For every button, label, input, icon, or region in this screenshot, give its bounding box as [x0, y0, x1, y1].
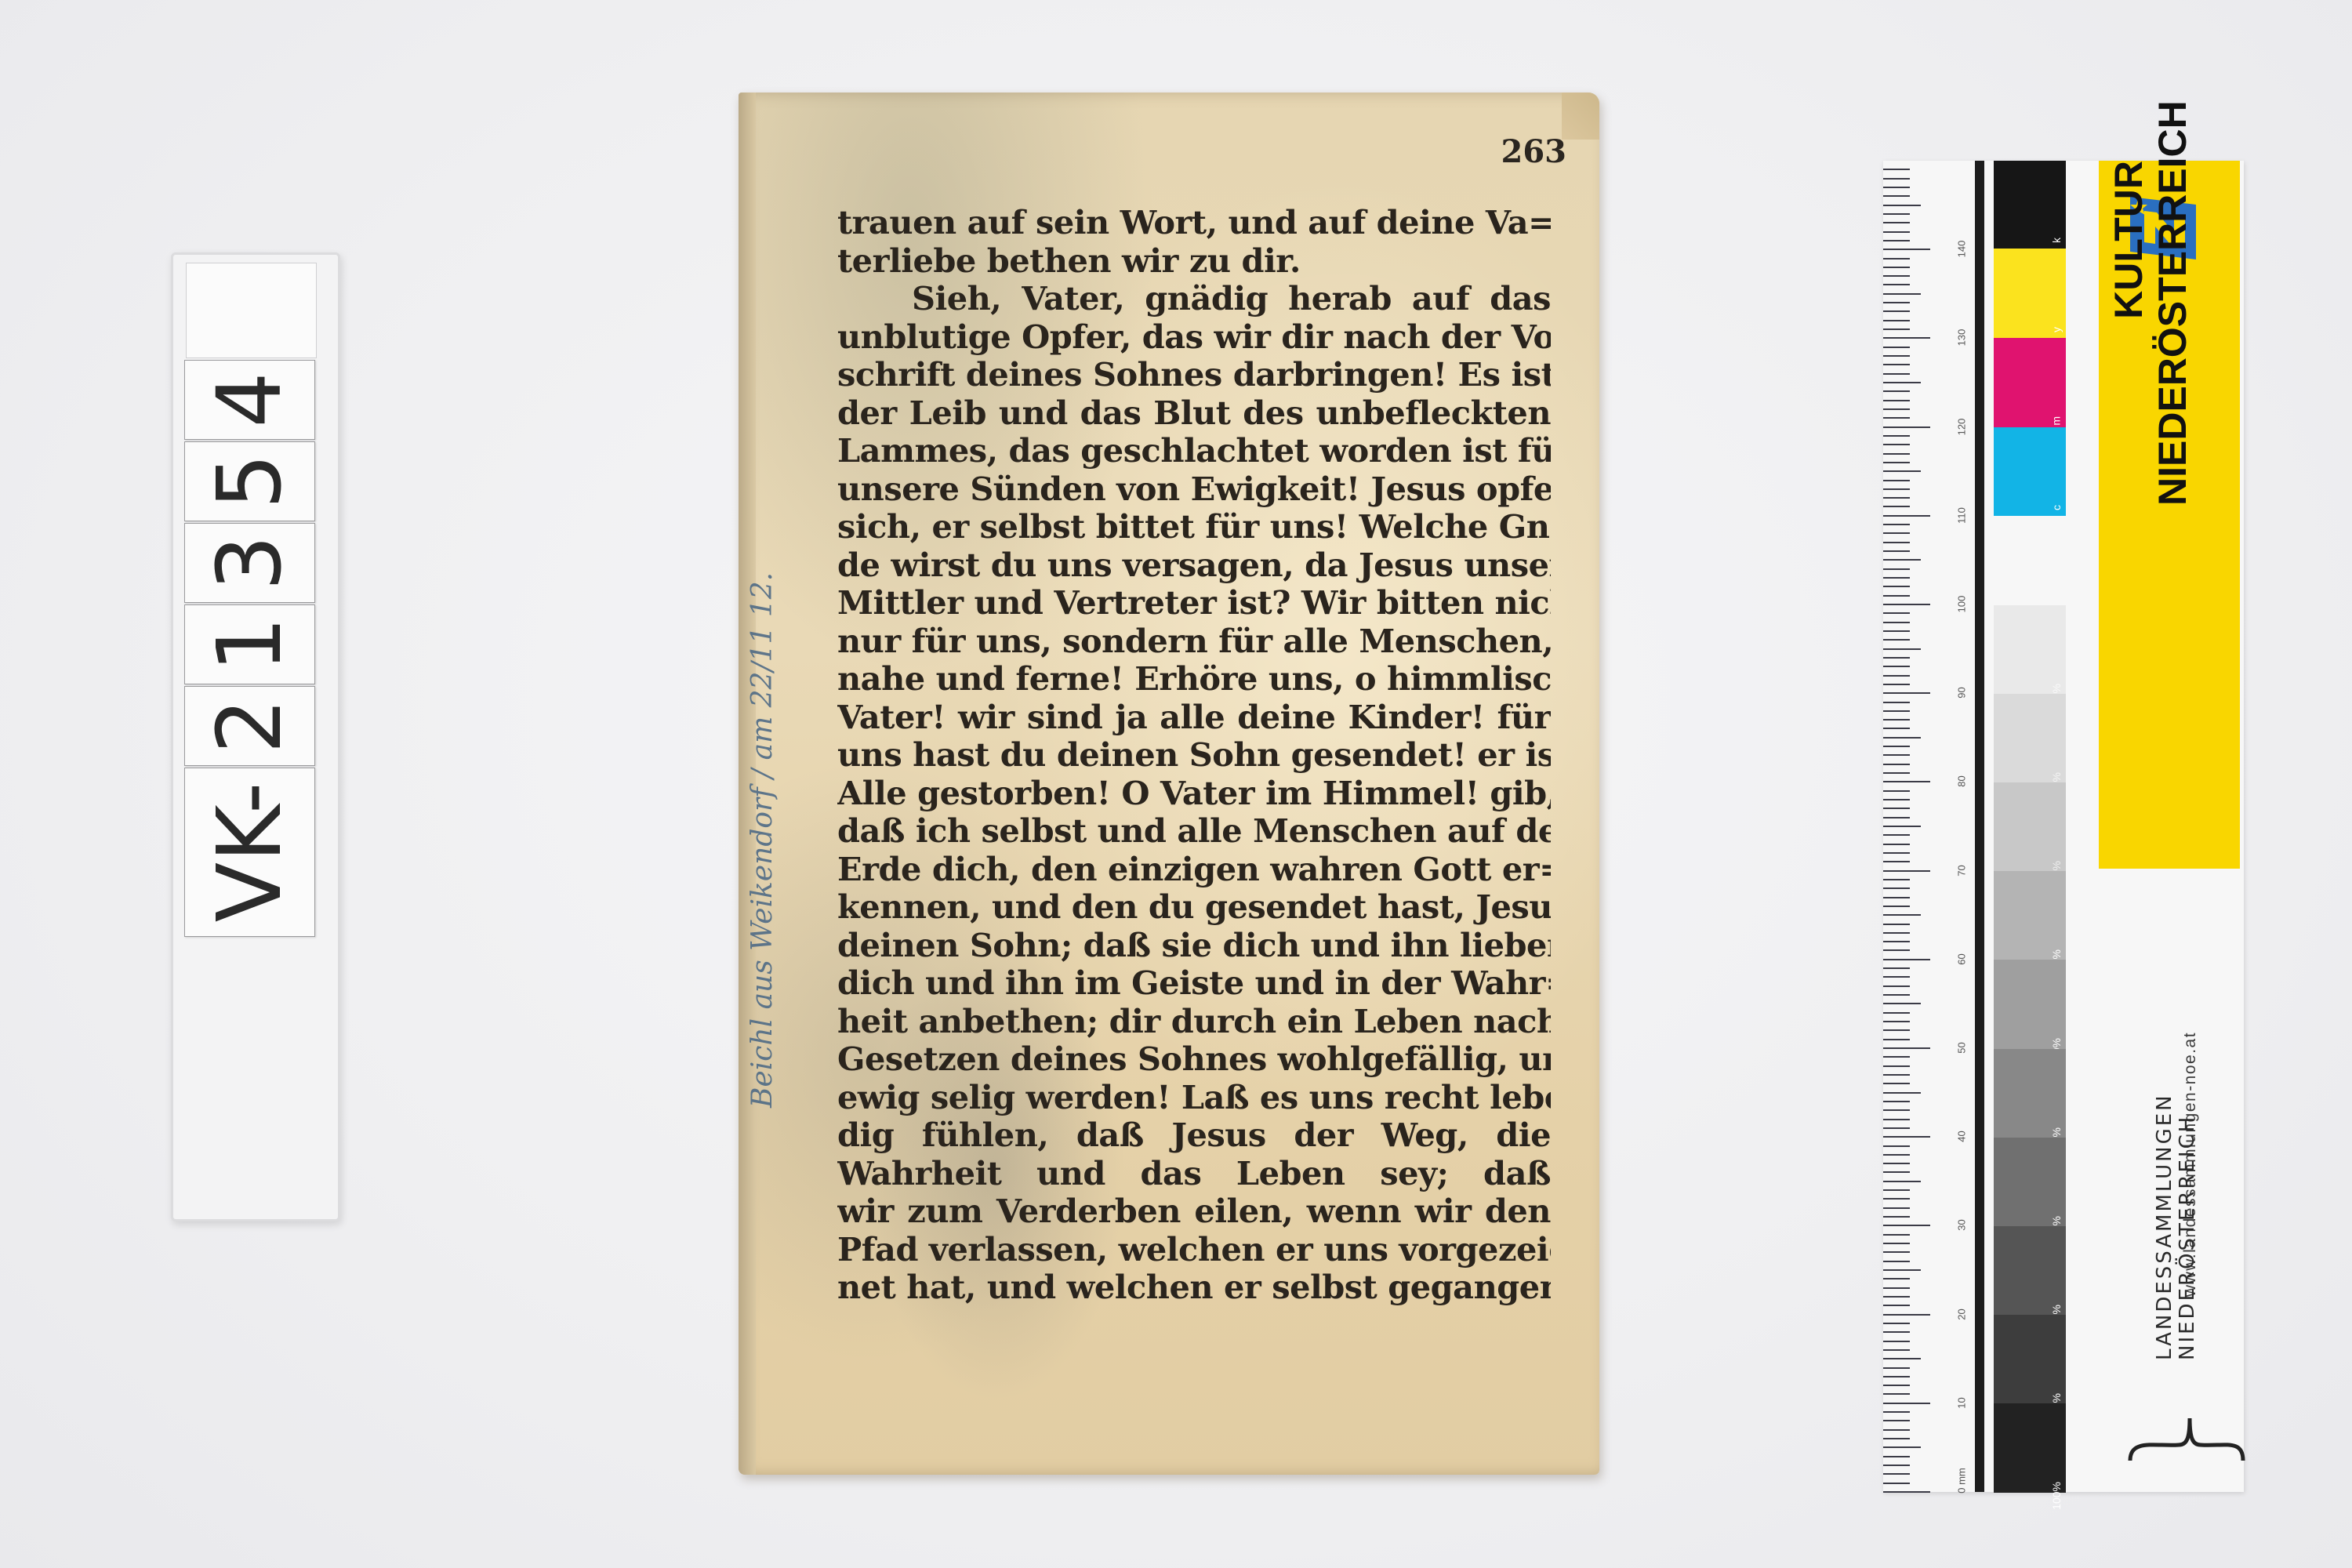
ruler-tick — [1883, 524, 1910, 525]
org-name: LANDESSAMMLUNGEN NIEDERÖSTERREICH — [2154, 1093, 2199, 1360]
ruler-tick — [1883, 764, 1910, 765]
ruler-tick — [1883, 1446, 1921, 1448]
ruler-tick — [1883, 1323, 1910, 1324]
ruler-tick — [1883, 506, 1910, 507]
ruler-tick — [1883, 1207, 1910, 1209]
ruler-tick — [1883, 799, 1910, 800]
text-line: schrift deines Sohnes darbringen! Es ist — [837, 356, 1551, 394]
black-reference-bar — [1975, 161, 1984, 1492]
brand-line-2: NIEDERÖSTERREICH — [2151, 161, 2194, 506]
ruler-tick — [1883, 1429, 1910, 1431]
ruler-tick — [1883, 462, 1910, 463]
brand-text: KULTUR NIEDERÖSTERREICH — [2107, 161, 2194, 506]
ruler-tick — [1883, 480, 1910, 481]
ruler-tick — [1883, 887, 1910, 889]
ruler-tick — [1883, 364, 1910, 365]
text-line: dich und ihn im Geiste und in der Wahr= — [837, 964, 1551, 1003]
ruler-tick — [1883, 737, 1921, 739]
ruler-tick — [1883, 710, 1910, 712]
ruler-tick — [1883, 1420, 1910, 1421]
text-line: nahe und ferne! Erhöre uns, o himmlische… — [837, 660, 1551, 699]
text-line: heit anbethen; dir durch ein Leben nach … — [837, 1003, 1551, 1041]
ruler-tick — [1883, 959, 1930, 960]
ruler-tick — [1883, 897, 1910, 898]
ruler-tick — [1883, 595, 1910, 597]
ruler-tick — [1883, 906, 1910, 907]
ruler-tick — [1883, 1065, 1910, 1067]
ruler-tick — [1883, 1136, 1930, 1138]
ruler-tick — [1883, 1163, 1910, 1164]
ruler-tick — [1883, 302, 1910, 303]
ruler-tick — [1883, 1465, 1910, 1466]
ruler-tick — [1883, 1296, 1910, 1298]
label-char: 4 — [206, 372, 294, 427]
folded-corner — [1562, 93, 1599, 140]
patch-label: k — [2050, 238, 2063, 243]
ruler-tick — [1883, 205, 1921, 206]
text-line: Mittler und Vertreter ist? Wir bitten ni… — [837, 584, 1551, 622]
text-line: Lammes, das geschlachtet worden ist für — [837, 432, 1551, 470]
ruler-tick — [1883, 1101, 1910, 1102]
ruler-tick — [1883, 453, 1910, 455]
ruler-tick — [1883, 1181, 1921, 1182]
ruler-tick — [1883, 1012, 1910, 1014]
ruler-tick — [1883, 488, 1910, 490]
ruler-tick — [1883, 1473, 1910, 1475]
ruler-label: 50 — [1956, 1033, 1968, 1064]
ruler-tick — [1883, 1189, 1910, 1191]
ruler-tick — [1883, 1003, 1921, 1004]
handwritten-note: Beichl aus Weikendorf / am 22/11 12. — [746, 572, 779, 1108]
gray-patch: 60% — [1994, 1049, 2066, 1138]
ruler-tick — [1883, 1145, 1910, 1147]
color-scale-chart: 0 mm102030405060708090100110120130140 ky… — [1883, 161, 2244, 1492]
ruler-tick — [1883, 914, 1921, 916]
ruler-tick — [1883, 470, 1921, 472]
ruler-tick — [1883, 355, 1910, 357]
ruler-tick — [1883, 1438, 1910, 1439]
ruler-tick — [1883, 808, 1910, 809]
ruler-tick — [1883, 772, 1910, 774]
ruler-tick — [1883, 1074, 1910, 1076]
ruler-tick — [1883, 293, 1921, 295]
ruler-tick — [1883, 985, 1910, 987]
ruler-tick — [1883, 604, 1930, 605]
ruler-tick — [1883, 754, 1910, 756]
ruler-tick — [1883, 1341, 1910, 1342]
ruler-tick — [1883, 231, 1910, 233]
org-line-2: NIEDERÖSTERREICH — [2176, 1093, 2199, 1360]
ruler-tick — [1883, 1119, 1910, 1120]
ruler-tick — [1883, 790, 1910, 792]
ruler-tick — [1883, 435, 1910, 437]
ruler-tick — [1883, 1367, 1910, 1369]
label-char: 3 — [206, 535, 294, 590]
ruler-tick — [1883, 976, 1910, 978]
ruler-tick — [1883, 1171, 1910, 1173]
ruler-tick — [1883, 328, 1910, 330]
text-line: terliebe bethen wir zu dir. — [837, 242, 1551, 281]
ruler-tick — [1883, 622, 1910, 623]
ruler-label: 130 — [1956, 322, 1968, 354]
label-blank-tile — [186, 263, 317, 358]
ruler-label: 110 — [1956, 499, 1968, 531]
ruler-tick — [1883, 781, 1930, 782]
cmyk-patch-c: c — [1994, 427, 2066, 516]
text-line: kennen, und den du gesendet hast, Jesum, — [837, 888, 1551, 927]
book-page: 263 Beichl aus Weikendorf / am 22/11 12.… — [739, 93, 1599, 1475]
ruler-tick — [1883, 1109, 1910, 1111]
ruler-tick — [1883, 169, 1910, 170]
brace-logo-icon — [2124, 1415, 2249, 1462]
ruler-tick — [1883, 1127, 1910, 1129]
text-line: Gesetzen deines Sohnes wohlgefällig, und — [837, 1040, 1551, 1079]
ruler-tick — [1883, 630, 1910, 632]
brand-block: KULTUR NIEDERÖSTERREICH — [2099, 161, 2240, 869]
ruler-tick — [1883, 426, 1930, 428]
ruler-tick — [1883, 844, 1910, 845]
ruler-tick — [1883, 586, 1910, 587]
page-number: 263 — [1501, 133, 1567, 170]
ruler-tick — [1883, 692, 1930, 694]
ruler-tick — [1883, 249, 1930, 250]
label-char: VK- — [206, 782, 294, 923]
text-line: Pfad verlassen, welchen er uns vorgezeic… — [837, 1231, 1551, 1269]
ruler-tick — [1883, 373, 1910, 375]
gray-patch: 50% — [1994, 960, 2066, 1049]
ruler-tick — [1883, 861, 1910, 862]
text-line: sich, er selbst bittet für uns! Welche G… — [837, 508, 1551, 546]
ruler-tick — [1883, 817, 1910, 818]
ruler-label: 40 — [1956, 1121, 1968, 1152]
inventory-label-stick: 4 5 3 1 2 VK- — [171, 252, 340, 1221]
ruler-tick — [1883, 337, 1930, 339]
cmyk-patch-k: k — [1994, 161, 2066, 249]
ruler-tick — [1883, 1216, 1910, 1218]
gray-patch: 100% — [1994, 1403, 2066, 1493]
ruler-tick — [1883, 1029, 1910, 1031]
label-char: 1 — [206, 616, 294, 672]
ruler-tick — [1883, 949, 1910, 951]
ruler-tick — [1883, 310, 1910, 312]
ruler-tick — [1883, 1251, 1910, 1253]
ruler-tick — [1883, 390, 1910, 392]
ruler-tick — [1883, 550, 1910, 552]
ruler-tick — [1883, 408, 1910, 410]
ruler-tick — [1883, 639, 1910, 641]
ruler-tick — [1883, 1483, 1910, 1484]
ruler-tick — [1883, 657, 1910, 659]
ruler-tick — [1883, 542, 1910, 543]
ruler-label: 100 — [1956, 589, 1968, 620]
ruler-tick — [1883, 1047, 1930, 1049]
ruler-tick — [1883, 1225, 1930, 1226]
text-line: Sieh, Vater, gnädig herab auf das — [837, 280, 1551, 318]
ruler-tick — [1883, 941, 1910, 942]
ruler-tick — [1883, 1349, 1910, 1351]
patch-label: y — [2050, 327, 2063, 332]
ruler-label: 60 — [1956, 943, 1968, 975]
ruler-tick — [1883, 870, 1930, 872]
ruler-tick — [1883, 834, 1910, 836]
label-tile-digit: 3 — [184, 523, 315, 603]
ruler-tick — [1883, 1287, 1910, 1289]
gray-patch: 70% — [1994, 1138, 2066, 1227]
text-line: Vater! wir sind ja alle deine Kinder! fü… — [837, 699, 1551, 737]
ruler-tick — [1883, 1358, 1921, 1359]
gray-patch: 40% — [1994, 871, 2066, 960]
ruler-tick — [1883, 675, 1910, 677]
text-line: unsere Sünden von Ewigkeit! Jesus opfert — [837, 470, 1551, 509]
label-tile-prefix: VK- — [184, 768, 315, 937]
ruler-tick — [1883, 532, 1910, 534]
ruler-tick — [1883, 994, 1910, 996]
gray-patch: 80% — [1994, 1226, 2066, 1316]
ruler-tick — [1883, 1393, 1910, 1395]
patch-label: m — [2050, 416, 2063, 426]
ruler-tick — [1883, 577, 1910, 579]
ruler-tick — [1883, 222, 1910, 223]
ruler-tick — [1883, 400, 1910, 401]
text-line: daß ich selbst und alle Menschen auf der — [837, 812, 1551, 851]
ruler-tick — [1883, 1198, 1910, 1200]
ruler-tick — [1883, 1021, 1910, 1022]
ruler-tick — [1883, 1154, 1910, 1156]
ruler-tick — [1883, 258, 1910, 260]
ruler-tick — [1883, 648, 1921, 650]
text-line: deinen Sohn; daß sie dich und ihn lieben… — [837, 927, 1551, 965]
ruler-tick — [1883, 932, 1910, 934]
ruler-tick — [1883, 879, 1910, 880]
label-char: 2 — [206, 698, 294, 753]
text-line: wir zum Verderben eilen, wenn wir den — [837, 1192, 1551, 1231]
ruler-tick — [1883, 1243, 1910, 1244]
gray-patch: 30% — [1994, 782, 2066, 872]
ruler-tick — [1883, 1456, 1910, 1457]
ruler-tick — [1883, 1269, 1921, 1271]
ruler-tick — [1883, 852, 1910, 854]
ruler-tick — [1883, 213, 1910, 215]
cmyk-patch-m: m — [1994, 338, 2066, 427]
ruler-tick — [1883, 1305, 1910, 1306]
text-line: Wahrheit und das Leben sey; daß — [837, 1155, 1551, 1193]
text-line: Alle gestorben! O Vater im Himmel! gib, — [837, 775, 1551, 813]
ruler-tick — [1883, 684, 1910, 685]
gray-patch: 10% — [1994, 605, 2066, 695]
text-line: Erde dich, den einzigen wahren Gott er= — [837, 851, 1551, 889]
label-tile-digit: 5 — [184, 441, 315, 521]
ruler-tick — [1883, 195, 1910, 197]
ruler-tick — [1883, 178, 1910, 180]
ruler-tick — [1883, 1083, 1910, 1084]
text-line: de wirst du uns versagen, da Jesus unser — [837, 546, 1551, 585]
ruler-tick — [1883, 1376, 1910, 1377]
ruler-tick — [1883, 1491, 1930, 1493]
ruler-tick — [1883, 320, 1910, 321]
ruler-tick — [1883, 382, 1921, 383]
ruler-tick — [1883, 515, 1930, 517]
ruler-tick — [1883, 719, 1910, 720]
gray-patch: 20% — [1994, 694, 2066, 783]
ruler-label: 10 — [1956, 1387, 1968, 1418]
ruler-tick — [1883, 924, 1910, 925]
ruler-tick — [1883, 568, 1910, 570]
ruler-tick — [1883, 267, 1910, 268]
mm-ruler: 0 mm102030405060708090100110120130140 — [1883, 161, 1969, 1492]
ruler-tick — [1883, 666, 1910, 667]
ruler-tick — [1883, 187, 1910, 188]
label-tile-digit: 4 — [184, 360, 315, 440]
text-line: uns hast du deinen Sohn gesendet! er ist… — [837, 736, 1551, 775]
ruler-label: 20 — [1956, 1298, 1968, 1330]
ruler-tick — [1883, 347, 1910, 348]
ruler-label: 0 mm — [1956, 1465, 1968, 1497]
ruler-tick — [1883, 1385, 1910, 1386]
ruler-tick — [1883, 826, 1921, 827]
label-tile-digit: 2 — [184, 686, 315, 766]
ruler-tick — [1883, 1314, 1930, 1316]
text-line: dig fühlen, daß Jesus der Weg, die — [837, 1116, 1551, 1155]
ruler-tick — [1883, 612, 1910, 614]
ruler-tick — [1883, 702, 1910, 703]
ruler-tick — [1883, 559, 1921, 561]
ruler-tick — [1883, 1234, 1910, 1236]
patch-label: c — [2050, 505, 2063, 510]
ruler-tick — [1883, 417, 1910, 419]
ruler-label: 30 — [1956, 1210, 1968, 1241]
ruler-label: 70 — [1956, 855, 1968, 886]
ruler-label: 80 — [1956, 766, 1968, 797]
ruler-tick — [1883, 1403, 1930, 1404]
ruler-tick — [1883, 967, 1910, 969]
ruler-tick — [1883, 746, 1910, 747]
patch-label: 100% — [2050, 1482, 2063, 1510]
ruler-tick — [1883, 1092, 1921, 1094]
ruler-tick — [1883, 444, 1910, 445]
ruler-tick — [1883, 1261, 1910, 1262]
ruler-tick — [1883, 1411, 1910, 1413]
text-line: trauen auf sein Wort, und auf deine Va= — [837, 204, 1551, 242]
ruler-tick — [1883, 284, 1910, 285]
ruler-label: 120 — [1956, 411, 1968, 442]
ruler-label: 90 — [1956, 677, 1968, 709]
label-tile-digit: 1 — [184, 604, 315, 684]
text-line: nur für uns, sondern für alle Menschen, — [837, 622, 1551, 661]
gray-patch: 90% — [1994, 1315, 2066, 1404]
ruler-tick — [1883, 1278, 1910, 1279]
page-text: trauen auf sein Wort, und auf deine Va= … — [837, 204, 1551, 1307]
text-line: ewig selig werden! Laß es uns recht lebe… — [837, 1079, 1551, 1117]
cmyk-patch-y: y — [1994, 249, 2066, 338]
org-line-1: LANDESSAMMLUNGEN — [2154, 1093, 2176, 1360]
label-char: 5 — [206, 453, 294, 509]
text-line: unblutige Opfer, das wir dir nach der Vo… — [837, 318, 1551, 357]
ruler-label: 140 — [1956, 234, 1968, 265]
ruler-tick — [1883, 240, 1910, 241]
ruler-tick — [1883, 728, 1910, 729]
brand-line-1: KULTUR — [2107, 161, 2151, 506]
ruler-tick — [1883, 1039, 1910, 1040]
ruler-tick — [1883, 497, 1910, 499]
text-line: der Leib und das Blut des unbefleckten — [837, 394, 1551, 433]
ruler-tick — [1883, 275, 1910, 277]
ruler-tick — [1883, 1056, 1910, 1058]
text-line: net hat, und welchen er selbst gegangen … — [837, 1269, 1551, 1307]
ruler-tick — [1883, 1331, 1910, 1333]
